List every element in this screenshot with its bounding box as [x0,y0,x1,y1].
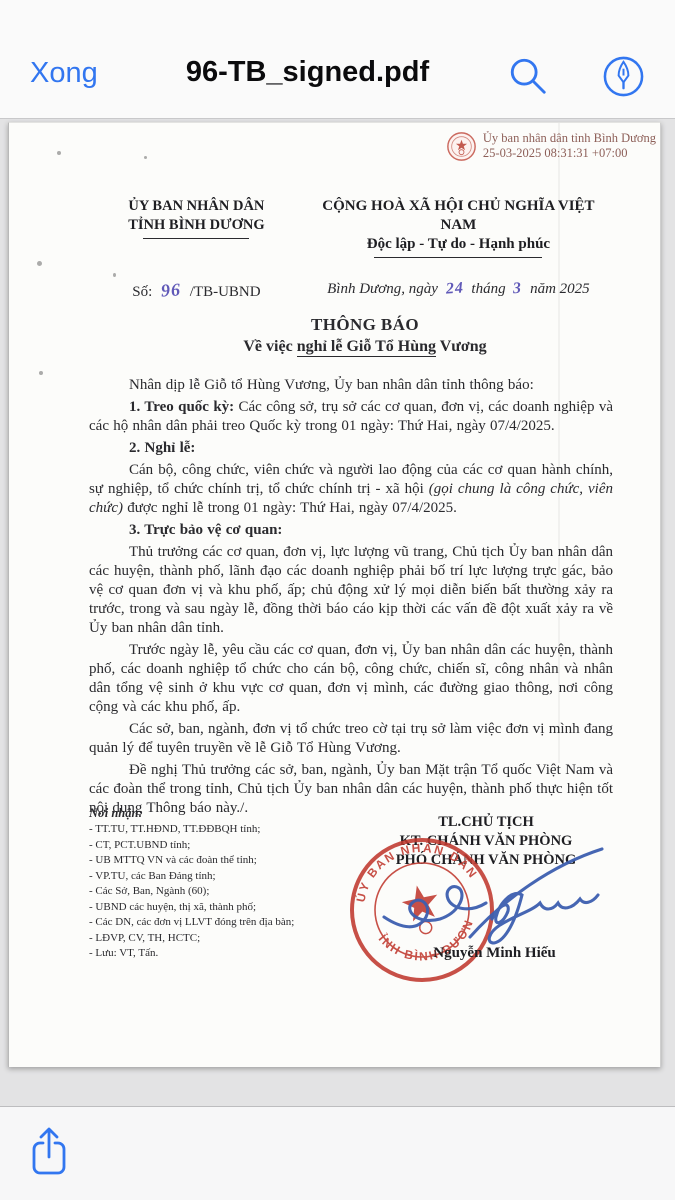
text-run: Nhân dịp lễ Giỗ tổ Hùng Vương, Ủy ban nh… [129,377,534,393]
recipients-block: Nơi nhận: - TT.TU, TT.HĐND, TT.ĐĐBQH tỉn… [89,805,351,962]
nav-bar: Xong 96-TB_signed.pdf [0,0,675,119]
done-button[interactable]: Xong [30,57,98,90]
recipient-item: - TT.TU, TT.HĐND, TT.ĐĐBQH tỉnh; [89,822,351,838]
signature-title-line: TL.CHỦ TỊCH [331,813,641,832]
document-body: Nhân dịp lễ Giỗ tổ Hùng Vương, Ủy ban nh… [89,376,613,818]
share-icon [30,1165,68,1180]
number-suffix: /TB-UBND [190,284,261,300]
emblem-seal-icon [446,131,477,167]
paragraph: Nhân dịp lễ Giỗ tổ Hùng Vương, Ủy ban nh… [89,376,613,395]
recipients-label: Nơi nhận: [89,805,351,822]
document-title-block: THÔNG BÁO Về việc nghỉ lễ Giỗ Tổ Hùng Vư… [89,315,613,357]
document-subtitle: Về việc nghỉ lễ Giỗ Tổ Hùng Vương [117,337,613,357]
paragraph: Các sở, ban, ngành, đơn vị tổ chức treo … [89,720,613,758]
recipient-item: - Lưu: VT, Tấn. [89,946,351,962]
recipient-item: - CT, PCT.UBND tỉnh; [89,838,351,854]
divider [374,257,542,258]
text-run: Trước ngày lễ, yêu cầu các cơ quan, đơn … [89,642,613,715]
recipients-list: - TT.TU, TT.HĐND, TT.ĐĐBQH tỉnh;- CT, PC… [89,822,351,962]
recipient-item: - Các DN, các đơn vị LLVT đóng trên địa … [89,915,351,931]
signature-scribble [374,843,609,951]
recipient-item: - UB MTTQ VN và các đoàn thể tỉnh; [89,853,351,869]
paragraph: 2. Nghỉ lễ: [89,439,613,458]
search-button[interactable] [507,55,549,100]
document-header: ỦY BAN NHÂN DÂN TỈNH BÌNH DƯƠNG CỘNG HOÀ… [89,197,613,258]
digital-signature-stamp: Ủy ban nhân dân tỉnh Bình Dương 25-03-20… [446,131,656,167]
share-button[interactable] [30,1125,68,1180]
pdf-page: Ủy ban nhân dân tỉnh Bình Dương 25-03-20… [8,122,661,1067]
bottom-toolbar [0,1106,675,1200]
national-motto: CỘNG HOÀ XÃ HỘI CHỦ NGHĨA VIỆT NAM Độc l… [304,197,613,258]
pdf-viewport[interactable]: Ủy ban nhân dân tỉnh Bình Dương 25-03-20… [0,119,675,1106]
date-part: năm 2025 [530,281,590,297]
paragraph: Cán bộ, công chức, viên chức và người la… [89,461,613,518]
authority-line-1: ỦY BAN NHÂN DÂN [89,197,304,216]
text-run: nghỉ lễ Giỗ Tổ Hùng [297,338,436,357]
signer-name: Nguyễn Minh Hiếu [387,945,602,962]
document-content: ỦY BAN NHÂN DÂN TỈNH BÌNH DƯƠNG CỘNG HOÀ… [9,123,660,818]
text-run: 1. Treo quốc kỳ: [129,399,239,415]
recipient-item: - VP.TU, các Ban Đảng tỉnh; [89,869,351,885]
motto-line-2: Độc lập - Tự do - Hạnh phúc [304,235,613,254]
text-run: Các sở, ban, ngành, đơn vị tổ chức treo … [89,721,613,756]
paragraph: 3. Trực bảo vệ cơ quan: [89,521,613,540]
markup-icon [602,86,645,101]
paragraph: Thủ trưởng các cơ quan, đơn vị, lực lượn… [89,543,613,638]
digital-signature-datetime: 25-03-2025 08:31:31 +07:00 [483,146,656,161]
document-meta: Số: 96 /TB-UBND Bình Dương, ngày 24 thán… [89,280,613,301]
text-run: 3. Trực bảo vệ cơ quan: [129,522,282,538]
motto-line-1: CỘNG HOÀ XÃ HỘI CHỦ NGHĨA VIỆT NAM [304,197,613,235]
paragraph: 1. Treo quốc kỳ: Các công sở, trụ sở các… [89,398,613,436]
issuing-authority: ỦY BAN NHÂN DÂN TỈNH BÌNH DƯƠNG [89,197,304,258]
document-date: Bình Dương, ngày 24 tháng 3 năm 2025 [304,280,613,301]
number-handwritten: 96 [155,279,186,302]
document-number: Số: 96 /TB-UBND [89,280,304,301]
text-run: Thủ trưởng các cơ quan, đơn vị, lực lượn… [89,544,613,636]
divider [143,238,249,239]
recipient-item: - LĐVP, CV, TH, HCTC; [89,931,351,947]
recipient-item: - Các Sở, Ban, Ngành (60); [89,884,351,900]
digital-signature-org: Ủy ban nhân dân tỉnh Bình Dương [483,131,656,146]
date-part: tháng [471,281,505,297]
text-run: Vương [436,338,487,355]
paragraph: Trước ngày lễ, yêu cầu các cơ quan, đơn … [89,641,613,717]
date-month-handwritten: 3 [509,279,527,298]
text-run: Về việc [243,338,296,355]
markup-button[interactable] [602,55,645,101]
recipient-item: - UBND các huyện, thị xã, thành phố; [89,900,351,916]
search-icon [507,85,549,100]
page-title: 96-TB_signed.pdf [110,56,505,89]
date-day-handwritten: 24 [441,279,468,299]
number-prefix: Số: [132,284,152,300]
authority-line-2: TỈNH BÌNH DƯƠNG [89,216,304,235]
text-run: được nghỉ lễ trong 01 ngày: Thứ Hai, ngà… [123,500,457,516]
document-title: THÔNG BÁO [117,315,613,335]
text-run: 2. Nghỉ lễ: [129,440,195,456]
date-part: Bình Dương, ngày [327,281,438,297]
